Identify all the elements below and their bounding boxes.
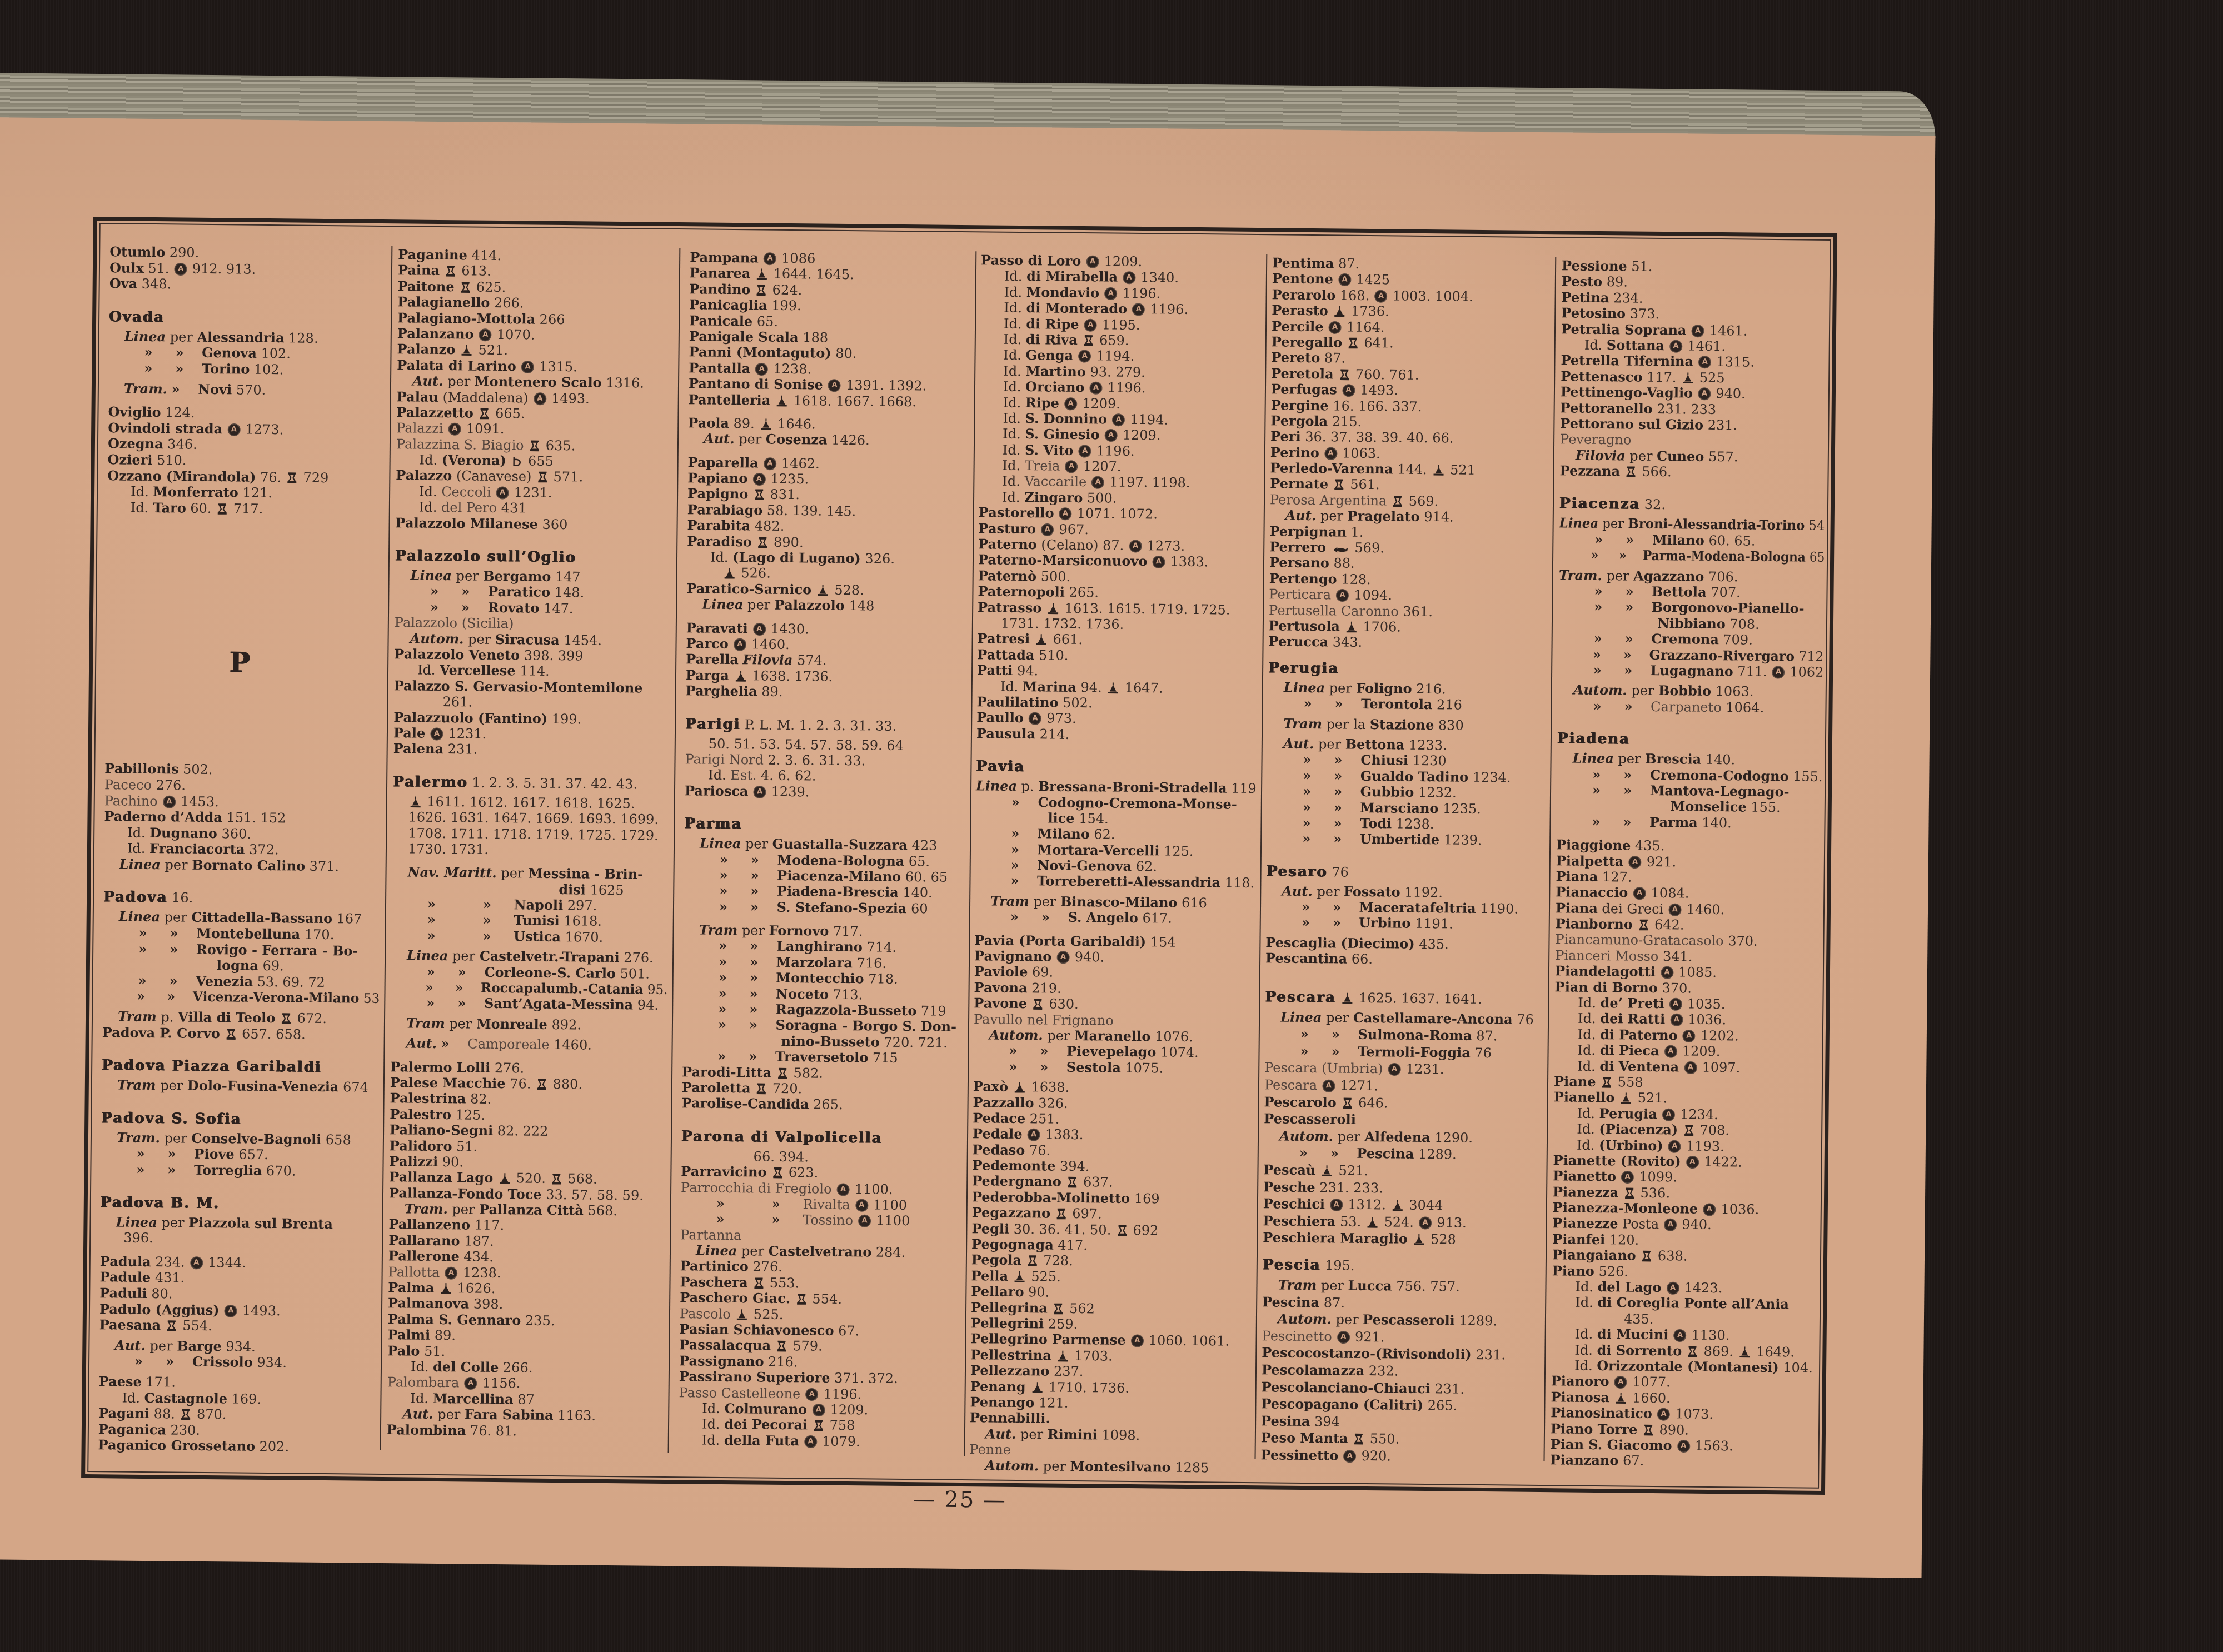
station-name: Paesana <box>99 1316 161 1333</box>
ditto-marks: » <box>1010 873 1033 889</box>
timetable-refs: 265. <box>813 1097 843 1113</box>
timetable-refs: 60 <box>911 901 928 916</box>
prefix-text: Id. <box>1004 268 1023 284</box>
timetable-refs: 168. 1003. 1004. <box>1340 287 1473 304</box>
station-name: Palazzo S. Gervasio-Montemilone <box>394 677 643 696</box>
timetable-refs: 51. <box>456 1139 477 1154</box>
service-type-label: Linea <box>407 947 448 964</box>
ditto-marks: »» <box>1302 915 1355 931</box>
station-name: Palestrina <box>390 1090 466 1107</box>
bus-service-icon <box>1065 398 1076 409</box>
index-entry: »» Sestola 1075. <box>973 1059 1254 1077</box>
timetable-refs: 89. <box>1607 274 1628 290</box>
ditto-mark: » <box>750 954 772 970</box>
timetable-refs: 1461. <box>1691 322 1748 338</box>
timetable-refs: 371. <box>310 859 340 875</box>
ditto-marks: »» <box>1593 662 1647 678</box>
station-name: Petina <box>1561 289 1609 306</box>
ditto-mark: » <box>167 1162 190 1178</box>
timetable-refs: 423 <box>911 837 937 853</box>
index-entry: Autom. per Alfedena 1290. <box>1264 1127 1542 1147</box>
station-name: Piacenza-Milano <box>777 867 901 885</box>
ditto-mark: » <box>1302 899 1333 915</box>
ditto-marks: »» <box>1303 696 1357 712</box>
tramway-icon <box>1642 1250 1652 1262</box>
timetable-refs: 199. <box>552 711 582 727</box>
station-name: Noceto <box>776 985 829 1002</box>
station-name: Pellegrina <box>971 1299 1048 1316</box>
ditto-mark: » <box>719 883 750 899</box>
entry-group: Tram. » Novi 570. <box>108 381 386 399</box>
station-name: Peschiera Maraglio <box>1263 1230 1408 1247</box>
timetable-refs: 120. <box>1609 1232 1639 1248</box>
ditto-mark: » <box>1333 815 1355 831</box>
tramway-icon <box>1083 335 1093 347</box>
station-name: Mantova-Legnago- <box>1650 782 1790 800</box>
station-name: Pianezza-Monleone <box>1553 1199 1698 1217</box>
bus-service-icon <box>1329 322 1340 333</box>
service-type-label: Autom. <box>985 1457 1039 1474</box>
station-name: Persano <box>1269 555 1329 571</box>
timetable-refs: 58. 139. 145. <box>767 502 856 519</box>
index-entry: Peschici 1312. 3044 <box>1263 1195 1542 1215</box>
ditto-mark: » <box>441 1036 463 1052</box>
bus-service-icon <box>1669 904 1681 915</box>
service-type-label: Tram <box>1283 715 1322 732</box>
station-name: Paterno <box>978 536 1037 552</box>
station-name: (Urbino) <box>1599 1137 1663 1154</box>
index-entry: Peso Manta 550. <box>1261 1430 1539 1449</box>
prefix-text: Id. <box>417 662 436 678</box>
timetable-refs: 155. <box>1751 800 1781 816</box>
entry-group: Pescia 195.Tram per Lucca 756. 757.Pesci… <box>1260 1254 1541 1466</box>
ditto-mark: » <box>1625 631 1647 647</box>
timetable-refs: (Maddalena) 1493. <box>442 390 590 407</box>
station-name: di Mirabella <box>1026 268 1118 285</box>
bus-service-icon <box>1699 357 1711 368</box>
station-name: Taro <box>153 500 186 516</box>
station-name: Perosa Argentina <box>1270 492 1387 508</box>
timetable-refs: 76. 880. <box>510 1076 582 1092</box>
timetable-refs: 1209. <box>1104 427 1161 443</box>
index-entry: Pariosca 1239. <box>685 783 966 801</box>
timetable-refs: 53. 69. 72 <box>257 974 325 990</box>
prefix-text: p. <box>1021 778 1034 794</box>
timetable-refs: 2. 3. 6. 31. 33. <box>768 752 866 769</box>
station-name: Pievepelago <box>1066 1043 1156 1060</box>
timetable-refs: 284. <box>876 1245 906 1261</box>
index-entry: Aut. per Rimini 1098. <box>970 1426 1250 1444</box>
tramway-icon <box>1602 1076 1612 1089</box>
timetable-refs: 76 <box>1517 1011 1534 1027</box>
timetable-refs: 16. <box>172 890 193 906</box>
station-name: Napoli <box>514 896 564 913</box>
prefix-text: Id. <box>1004 316 1022 331</box>
index-entry: Pianzano 67. <box>1550 1453 1816 1471</box>
index-entry: »» Parma-Modena-Bologna 65 <box>1559 547 1798 566</box>
bus-service-icon <box>1629 856 1641 867</box>
bus-service-icon <box>1028 1129 1039 1140</box>
timetable-refs: 1312. 3044 <box>1329 1197 1443 1214</box>
ditto-marks: »» <box>1592 766 1646 782</box>
station-name: Dolo-Fusina-Venezia <box>187 1077 339 1095</box>
ditto-marks: »» <box>1302 831 1355 847</box>
timetable-refs: 66. <box>1352 951 1373 967</box>
ditto-mark: » <box>1009 1043 1040 1059</box>
station-name: Panigale Scala <box>689 328 799 345</box>
station-name: Monselice <box>1671 798 1747 815</box>
service-type-label: Filovia <box>742 652 792 668</box>
index-entry: »» Sulmona-Roma 87. <box>1265 1025 1543 1045</box>
timetable-refs: 69. <box>262 958 283 974</box>
timetable-refs: 118. <box>1225 875 1255 891</box>
ditto-mark: » <box>1299 1145 1330 1162</box>
station-name: Crissolo <box>192 1354 253 1370</box>
index-entry: Pescasseroli <box>1264 1110 1542 1130</box>
ditto-marks: »» <box>427 928 509 945</box>
station-name: Palazzetto <box>396 404 473 421</box>
ditto-mark: » <box>1300 1043 1331 1060</box>
timetable-refs: 934. <box>226 1339 256 1355</box>
station-name: Penango <box>970 1394 1034 1410</box>
station-name: del Pero <box>441 500 497 516</box>
station-name: Paliano-Segni <box>390 1121 493 1139</box>
timetable-refs: 630. <box>1031 996 1078 1012</box>
tramway-icon <box>796 1293 806 1305</box>
prefix-text: Id. <box>411 1359 429 1375</box>
station-name: Pescolamazza <box>1262 1361 1365 1379</box>
prefix-text: per <box>170 329 193 345</box>
index-heading: Pescara 1625. 1637. 1641. <box>1265 986 1543 1011</box>
timetable-refs: 30. 36. 41. 50. 692 <box>1014 1221 1159 1239</box>
station-name: Pagani <box>98 1405 149 1421</box>
index-entry: » Torreberetti-Alessandria 118. <box>975 873 1255 891</box>
service-type-label: Tram. <box>405 1201 448 1217</box>
ditto-mark: » <box>1010 909 1041 925</box>
timetable-refs: 973. <box>1028 710 1076 726</box>
timetable-refs: 525. <box>735 1306 783 1322</box>
bus-service-icon <box>756 363 767 375</box>
steamship-icon <box>1392 1200 1403 1212</box>
steamship-icon <box>1682 372 1693 384</box>
tramway-icon <box>281 1012 291 1025</box>
index-heading: Padova S. Sofia <box>101 1107 378 1132</box>
station-name: Panicale <box>689 312 752 329</box>
heading-station-name: Ovada <box>109 308 165 326</box>
timetable-refs: 232. <box>1369 1363 1399 1379</box>
prefix-text: Id. <box>1575 1279 1593 1295</box>
station-name: Pallanzeno <box>388 1216 470 1233</box>
bus-service-icon <box>1132 1335 1143 1346</box>
entry-group: Pentima 87.Pentone 1425Perarolo 168. 100… <box>1268 255 1551 652</box>
service-type-label: Autom. <box>989 1026 1043 1043</box>
timetable-refs: 216. <box>768 1354 798 1370</box>
prefix-text: Id. <box>1003 363 1021 378</box>
station-name: Paschero Giac. <box>680 1289 790 1306</box>
timetable-refs: 711. 1062 <box>1737 663 1823 680</box>
timetable-refs: 187. <box>464 1233 494 1249</box>
bus-service-icon <box>449 423 460 435</box>
timetable-refs: 1426. <box>831 432 870 448</box>
bus-service-icon <box>1615 1377 1626 1388</box>
tramway-icon <box>754 1277 764 1289</box>
index-entry: »» Torreglia 670. <box>101 1161 378 1180</box>
bus-service-icon <box>175 263 186 274</box>
tramway-icon <box>217 503 227 515</box>
entry-group: Pesaro 76Aut. per Fossato 1192.»» Macera… <box>1266 861 1545 933</box>
station-name: Paxò <box>973 1078 1009 1095</box>
station-name: Treia <box>1025 458 1060 474</box>
steamship-icon <box>1739 1346 1750 1358</box>
station-name: Piazzola sul Brenta <box>188 1214 333 1231</box>
station-name: Pianceri Mosso <box>1555 947 1658 964</box>
index-entry: Pescina 87. <box>1262 1294 1541 1313</box>
prefix-text: Id. <box>1577 1105 1595 1121</box>
timetable-refs: 261. <box>442 694 472 710</box>
station-name: Piano Torre <box>1551 1420 1637 1437</box>
timetable-refs: 1085. <box>1659 964 1717 980</box>
station-name: Rovigo - Ferrara - Bo- <box>196 941 358 959</box>
heading-station-name: Parigi <box>685 716 741 733</box>
timetable-refs: 125. <box>455 1107 485 1123</box>
timetable-refs: 1163. <box>557 1408 596 1424</box>
station-name: Pettinengo-Vaglio <box>1561 383 1693 401</box>
station-name: Cittadella-Bassano <box>191 909 332 926</box>
station-name: Carpaneto <box>1651 699 1722 715</box>
timetable-refs: 760. 761. <box>1338 366 1419 382</box>
timetable-refs: 1196. <box>805 1386 862 1402</box>
station-name: Maceratafeltria <box>1359 899 1476 916</box>
prefix-text: Id. <box>131 484 149 500</box>
steamship-icon <box>499 1172 510 1185</box>
tramway-icon <box>757 536 767 548</box>
station-name: Pessione <box>1562 257 1627 274</box>
ditto-mark: » <box>136 1162 167 1178</box>
timetable-refs: 169. <box>232 1391 262 1407</box>
ditto-marks: »» <box>138 941 192 957</box>
station-name: Pavignano <box>974 947 1052 964</box>
timetable-refs: 124. <box>165 405 195 421</box>
index-entry: Pescocostanzo-(Rivisondoli) 231. <box>1262 1345 1540 1364</box>
timetable-refs: 76. <box>1029 1142 1050 1158</box>
timetable-refs: 102. <box>261 346 291 362</box>
service-type-label: Tram <box>699 922 737 939</box>
station-name: Parrocchia di Fregiolo <box>681 1180 832 1197</box>
ditto-marks: »» <box>1299 1145 1353 1162</box>
tramway-icon <box>1056 1208 1066 1220</box>
bus-service-icon <box>1658 1409 1669 1420</box>
steamship-icon <box>1413 1234 1424 1246</box>
timetable-refs: 707. <box>1711 585 1741 601</box>
station-name: Montenero Scalo <box>475 373 602 391</box>
service-type-label: Linea <box>702 596 744 613</box>
timetable-refs: 1036. <box>1669 1012 1727 1028</box>
timetable-refs: 1460. <box>554 1037 592 1053</box>
bus-service-icon <box>1622 1172 1633 1183</box>
ditto-mark: » <box>427 912 483 928</box>
station-name: Palazzo <box>396 467 452 484</box>
index-entry: Peschiera 53. 524. 913. <box>1263 1212 1541 1232</box>
station-name: Pescina <box>1357 1145 1414 1162</box>
index-entry: Pescaù 521. <box>1263 1161 1542 1181</box>
prefix-text: Id. <box>702 1401 720 1416</box>
timetable-refs: 102. <box>254 362 284 378</box>
entry-group: Pabillonis 502.Paceco 276.Pachino 1453.P… <box>104 761 382 875</box>
entry-group: Aut. per Bettona 1233.»» Chiusi 1230»» G… <box>1267 736 1546 849</box>
timetable-refs: 661. <box>1034 632 1083 648</box>
station-name: Palo <box>387 1342 420 1359</box>
bus-service-icon <box>813 1404 824 1415</box>
station-name: Pertengo <box>1269 570 1337 587</box>
station-name: Stazione <box>1370 716 1434 733</box>
index-entry: Tram per Lucca 756. 757. <box>1262 1276 1541 1296</box>
timetable-refs: 1430. <box>752 621 809 637</box>
station-name: Pescantina <box>1265 950 1347 966</box>
station-name: Peso Manta <box>1261 1430 1348 1447</box>
station-name: di Mucini <box>1597 1326 1669 1342</box>
timetable-refs: 53. 524. 913. <box>1340 1214 1467 1230</box>
index-entry: »» Mantova-Legnago- <box>1557 782 1822 800</box>
timetable-refs: 435. <box>1635 838 1665 854</box>
timetable-refs: 672. <box>280 1010 327 1026</box>
index-entry: Id. della Futa 1079. <box>679 1432 960 1450</box>
bus-service-icon <box>1670 999 1681 1010</box>
index-entry: Id. dei Ratti 1036. <box>1554 1011 1820 1029</box>
timetable-refs: 502. <box>183 762 213 778</box>
ditto-mark: » <box>718 985 749 1001</box>
prefix-text: Id. <box>1578 1026 1596 1042</box>
bus-service-icon <box>1323 1080 1334 1091</box>
bus-service-icon <box>480 330 491 341</box>
ditto-marks: »» <box>1303 783 1356 800</box>
station-name: S. Angelo <box>1068 909 1138 926</box>
service-type-label: Autom. <box>410 630 463 647</box>
station-name: Castellamare-Ancona <box>1353 1009 1513 1027</box>
station-name: Peregallo <box>1272 333 1342 350</box>
station-name: Passo Castelleone <box>679 1385 800 1401</box>
station-name: Pescaglia (Diecimo) <box>1265 934 1415 952</box>
station-name: di Riva <box>1026 331 1078 348</box>
station-name: Pellaro <box>971 1283 1024 1300</box>
ditto-mark: » <box>750 867 772 884</box>
index-entry: Tram per Monreale 892. <box>391 1015 667 1034</box>
station-name: Palmanova <box>388 1295 469 1312</box>
timetable-refs: 510. <box>157 452 187 468</box>
station-name: Todi <box>1360 815 1392 832</box>
prefix-text: Id. <box>1003 426 1021 442</box>
timetable-refs: 616 <box>1182 895 1207 911</box>
steamship-icon <box>1014 1081 1025 1094</box>
timetable-refs: 720. <box>755 1080 802 1096</box>
prefix-text: Id. <box>1003 347 1021 363</box>
timetable-refs: 62. <box>1094 827 1115 842</box>
station-name: Pasturo <box>978 520 1036 537</box>
prefix-text: Id. <box>1004 300 1022 316</box>
prefix-text: Id. <box>1577 1058 1596 1074</box>
timetable-refs: 617. <box>1142 910 1172 926</box>
timetable-refs: 1710. 1736. <box>1030 1379 1129 1396</box>
ditto-marks: »» <box>1009 1059 1062 1075</box>
prefix-text: Id. <box>710 550 729 565</box>
station-name: Palau <box>397 388 438 405</box>
station-name: Foligno <box>1356 680 1412 697</box>
tramway-icon <box>1684 1125 1694 1137</box>
station-name: Cremona-Codogno <box>1650 766 1789 783</box>
station-name: Pegazzano <box>972 1204 1051 1221</box>
timetable-refs: 1196. <box>1078 443 1135 459</box>
index-entry: Paganico Grossetano 202. <box>98 1437 376 1455</box>
ditto-marks: »» <box>138 973 192 990</box>
index-entry: Id. dei Pecorai 758 <box>679 1416 960 1435</box>
tramway-icon <box>756 1082 766 1095</box>
station-name: Palagiano-Mottola <box>397 310 535 327</box>
timetable-refs: 435. <box>1624 1311 1654 1327</box>
station-name: Pantano di Sonise <box>689 375 823 392</box>
ditto-mark: » <box>427 964 458 980</box>
timetable-refs: 361. <box>1403 603 1433 620</box>
station-name: Otumlo <box>109 243 165 260</box>
ditto-mark: » <box>719 867 750 884</box>
timetable-refs: 169 <box>1134 1191 1160 1206</box>
ditto-mark: » <box>1303 799 1334 815</box>
timetable-refs: 90. <box>1028 1284 1049 1300</box>
timetable-refs: (Celano) 87. 1273. <box>1041 537 1185 553</box>
service-type-label: Linea <box>696 1242 737 1259</box>
index-entry: Id. di Monterado 1196. <box>980 300 1261 318</box>
station-name: Alessandria <box>197 329 284 346</box>
bus-service-icon <box>764 253 775 264</box>
ditto-marks: »» <box>716 1211 798 1228</box>
station-name: Pescara <box>1264 1077 1317 1093</box>
station-name: Messina - Brin- <box>528 865 643 882</box>
ditto-mark: » <box>426 995 457 1011</box>
station-name: Pianosinatico <box>1551 1404 1652 1421</box>
heading-station-name: Pescara <box>1265 989 1336 1006</box>
timetable-refs: 558 <box>1600 1074 1643 1090</box>
service-type-label: Linea <box>124 328 166 345</box>
station-name: Pariosca <box>685 782 749 799</box>
bus-service-icon <box>1153 557 1164 568</box>
station-name: (Lago di Lugano) <box>732 549 861 566</box>
timetable-refs: 1231. <box>495 485 552 501</box>
index-entry: Pesche 231. 233. <box>1263 1179 1542 1198</box>
timetable-refs: 1618. <box>564 914 602 930</box>
index-entry: »» Urbino 1191. <box>1266 915 1544 933</box>
entry-group: Piaggione 435.Pialpetta 921.Piana 127.Pi… <box>1550 837 1822 1470</box>
timetable-refs: 715 <box>873 1050 898 1066</box>
tramway-icon <box>479 408 489 420</box>
ditto-mark: » <box>166 1354 188 1370</box>
index-entry: »» Roccapalumb.-Catania 95. <box>391 979 657 997</box>
index-entry: Pescara 1271. <box>1264 1076 1543 1096</box>
index-entry: Linea per Castellamare-Ancona 76 <box>1265 1009 1543 1028</box>
prefix-text: per <box>165 857 187 872</box>
timetable-refs: 1493. <box>223 1302 281 1319</box>
timetable-refs: 370. <box>1728 934 1758 950</box>
entry-group: Autom. per Bobbio 1063.»» Carpaneto 1064… <box>1557 682 1823 716</box>
station-name: logna <box>217 957 258 974</box>
station-name: Parravicino <box>681 1163 766 1180</box>
station-name: Patti <box>977 662 1013 678</box>
ditto-mark: » <box>1623 782 1646 798</box>
heading-station-name: Palermo <box>393 773 468 791</box>
timetable-refs: 372. <box>249 842 279 858</box>
tramway-icon <box>537 471 547 483</box>
ditto-mark: » <box>170 925 192 941</box>
timetable-refs: 88. 870. <box>154 1406 227 1422</box>
station-name: Pian di Borno <box>1555 979 1658 996</box>
prefix-text: Id. <box>1575 1326 1593 1342</box>
